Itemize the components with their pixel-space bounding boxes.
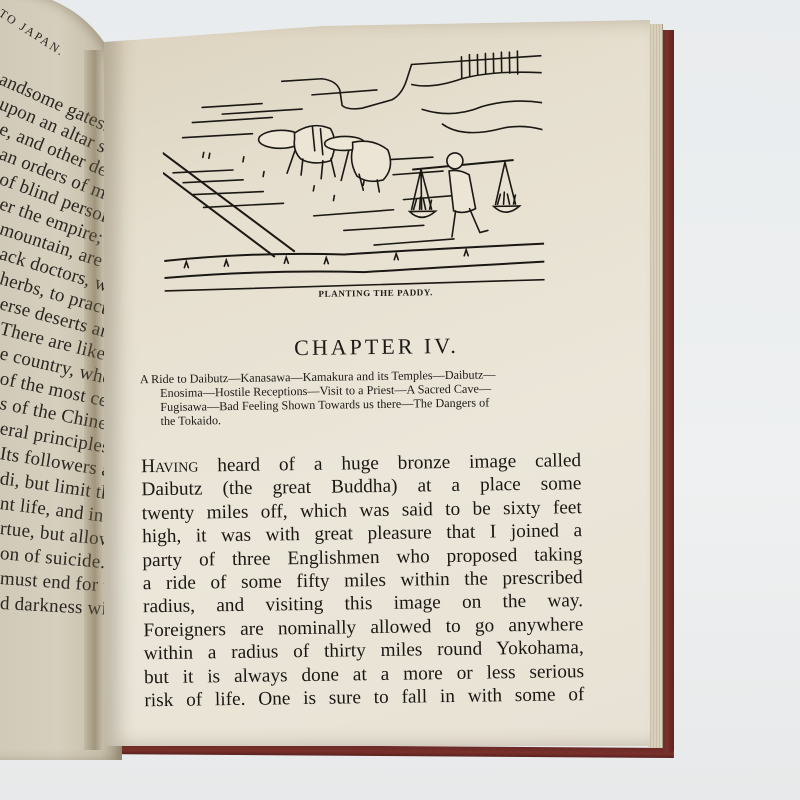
page-stack-edge <box>648 24 663 748</box>
left-page-text: TO JAPAN. andsome gates. The idol upon a… <box>0 0 122 590</box>
right-page: PLANTING THE PADDY. CHAPTER IV. A Ride t… <box>104 20 650 746</box>
left-page: TO JAPAN. andsome gates. The idol upon a… <box>0 0 122 760</box>
chapter-synopsis: A Ride to Daibutz—Kanasawa—Kamakura and … <box>140 366 581 428</box>
chapter-body-text: Having heard of a huge bronze image call… <box>141 449 585 713</box>
left-running-head: TO JAPAN. <box>0 6 68 60</box>
gutter-shadow <box>84 50 102 750</box>
body-line: risk of life. One is sure to fall in wit… <box>144 683 584 713</box>
chapter-title: CHAPTER IV. <box>103 330 649 364</box>
woodcut-illustration <box>161 48 544 298</box>
opening-word: Having <box>141 456 199 478</box>
left-line: d darkness will be on us <box>0 593 122 625</box>
cover-edge-bottom <box>100 744 674 758</box>
book-photo: TO JAPAN. andsome gates. The idol upon a… <box>0 0 800 800</box>
illustration-planting-the-paddy <box>161 48 544 298</box>
